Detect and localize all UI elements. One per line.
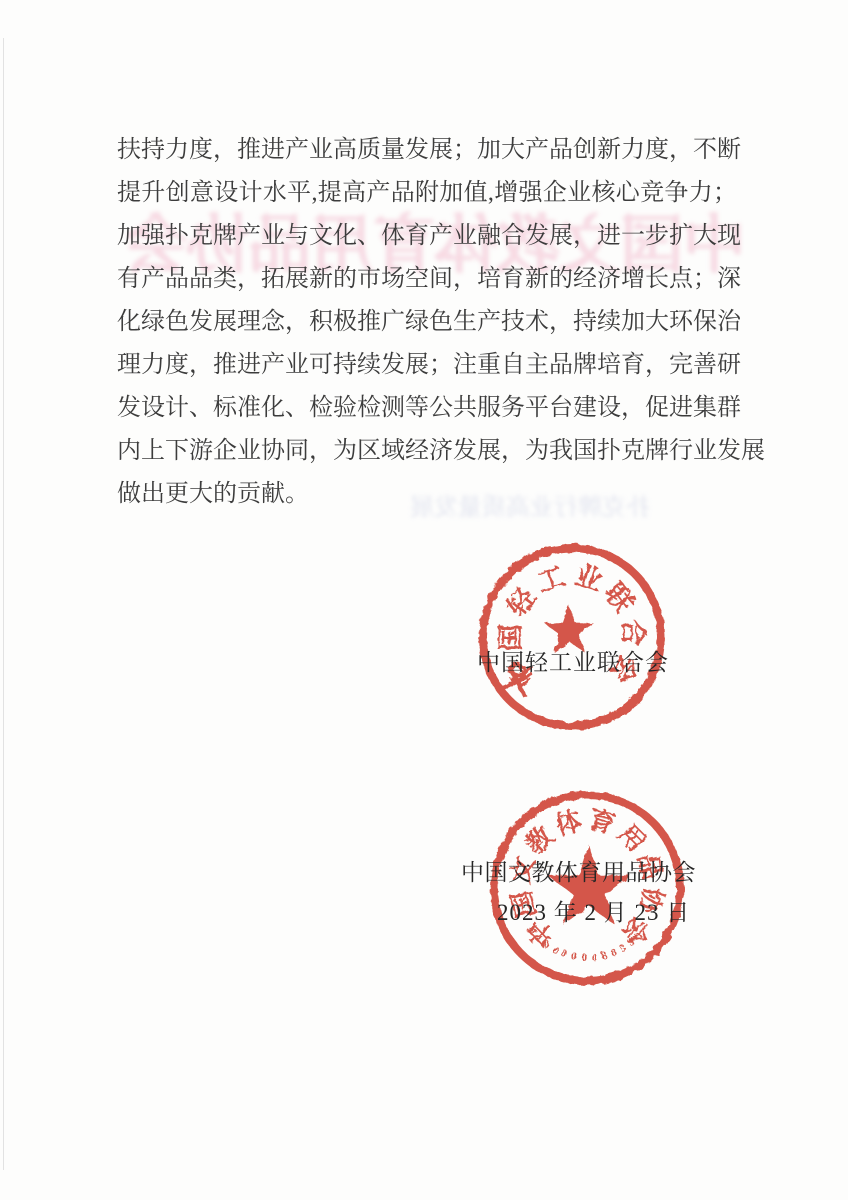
scan-edge-line xyxy=(3,38,4,1170)
paragraph-line-9: 做出更大的贡献。 xyxy=(117,473,737,516)
signature-org-light-industry: 中国轻工业联合会 xyxy=(477,644,669,677)
paragraph-line-5: 化绿色发展理念，积极推广绿色生产技术，持续加大环保治 xyxy=(117,301,737,344)
paragraph-line-1: 扶持力度，推进产业高质量发展；加大产品创新力度，不断 xyxy=(117,129,737,172)
red-seal-stationery-sporting-goods: 中国文教体育用品协会 1100000088593 xyxy=(487,786,687,991)
paragraph-line-7: 发设计、标准化、检验检测等公共服务平台建设，促进集群 xyxy=(117,387,737,430)
red-seal-light-industry: 中国轻工业联合会 xyxy=(472,542,672,742)
body-paragraph: 扶持力度，推进产业高质量发展；加大产品创新力度，不断 提升创意设计水平,提高产品… xyxy=(117,129,737,516)
paragraph-line-2: 提升创意设计水平,提高产品附加值,增强企业核心竞争力； xyxy=(117,172,737,215)
document-date: 2023 年 2 月 23 日 xyxy=(497,894,690,927)
paragraph-line-6: 理力度，推进产业可持续发展；注重自主品牌培育，完善研 xyxy=(117,344,737,387)
paragraph-line-8: 内上下游企业协同，为区域经济发展，为我国扑克牌行业发展 xyxy=(117,430,737,473)
paragraph-line-4: 有产品品类，拓展新的市场空间，培育新的经济增长点；深 xyxy=(117,258,737,301)
document-page: 中国文教体育用品协会文件 扶持力度，推进产业高质量发展；加大产品创新力度，不断 … xyxy=(0,0,848,1200)
signature-org-stationery-sporting-goods: 中国文教体育用品协会 xyxy=(461,854,696,887)
paragraph-line-3: 加强扑克牌产业与文化、体育产业融合发展，进一步扩大现 xyxy=(117,215,737,258)
